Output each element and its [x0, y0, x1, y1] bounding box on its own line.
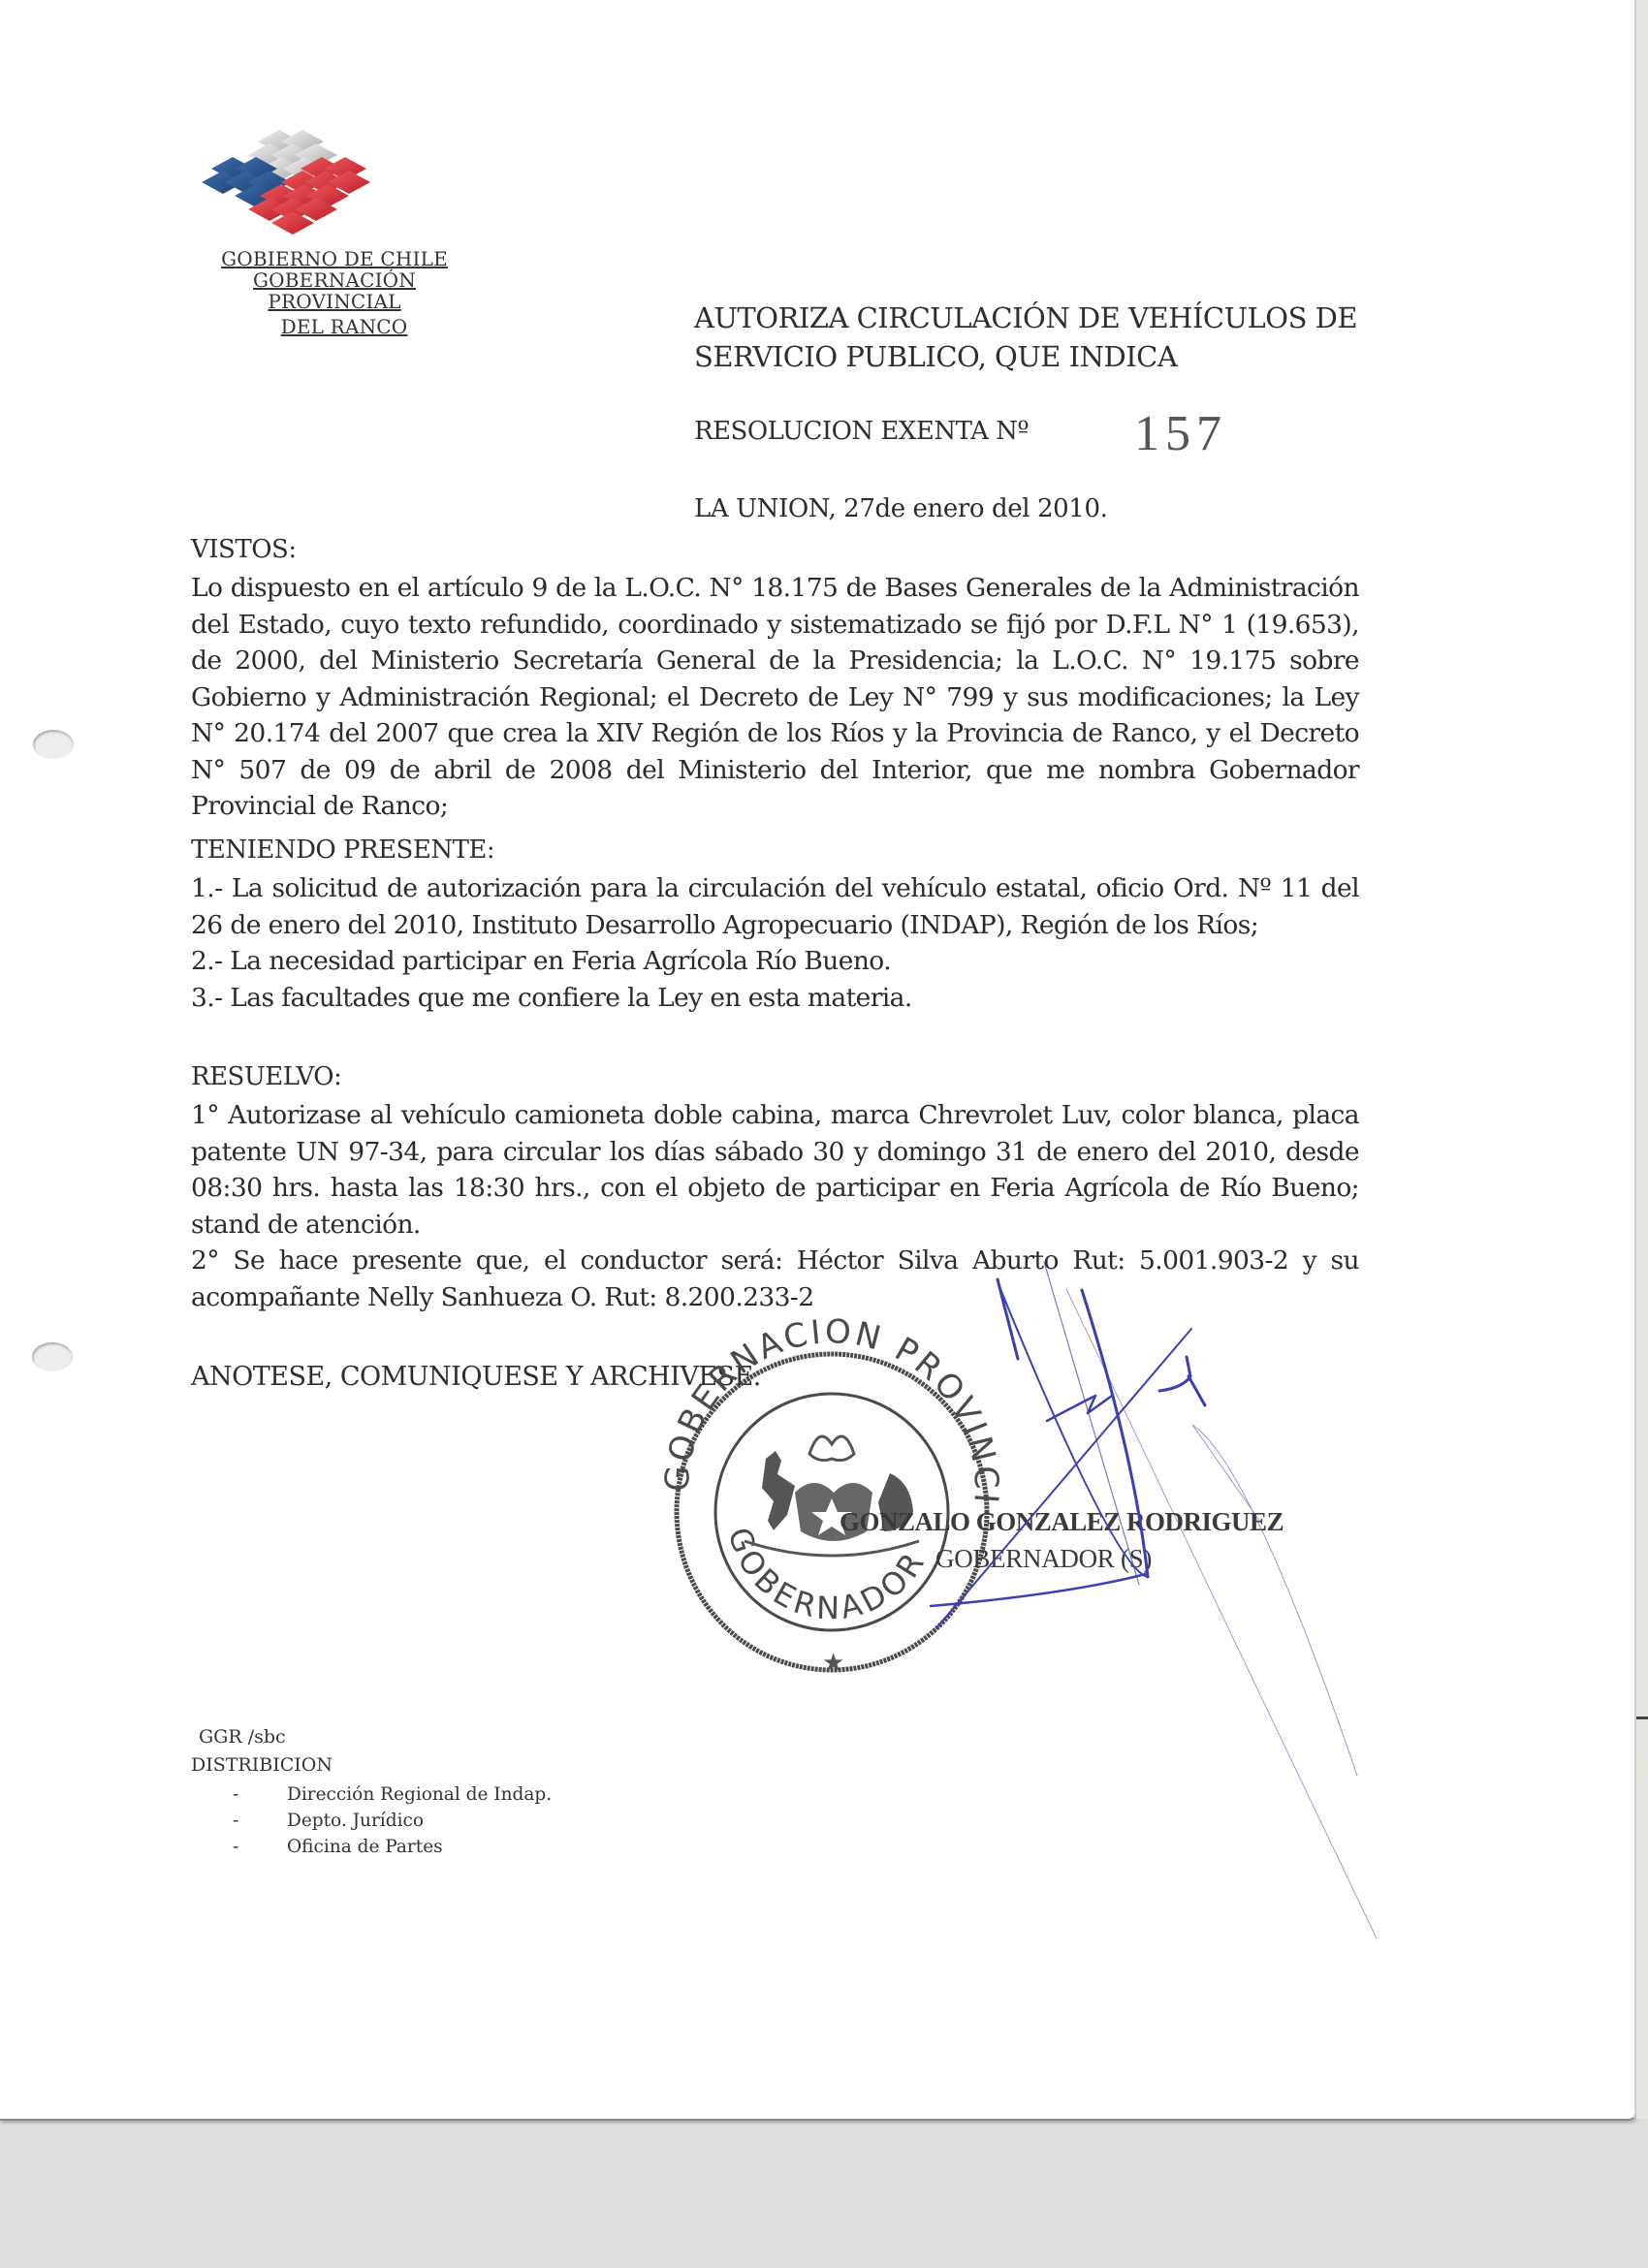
chile-government-logo-icon — [192, 128, 372, 244]
list-item: 2.- La necesidad participar en Feria Agr… — [191, 943, 1359, 980]
list-item: 2° Se hace presente que, el conductor se… — [191, 1243, 1359, 1315]
list-item: 1° Autorizase al vehículo camioneta dobl… — [191, 1097, 1359, 1243]
closing-formula: ANOTESE, COMUNIQUESE Y ARCHIVESE. — [191, 1362, 761, 1392]
teniendo-presente-title: TENIENDO PRESENTE: — [191, 835, 494, 865]
subject-line2: SERVICIO PUBLICO, QUE INDICA — [694, 337, 1357, 376]
list-item: 3.- Las facultades que me confiere la Le… — [191, 980, 1359, 1017]
resuelvo-list: 1° Autorizase al vehículo camioneta dobl… — [191, 1097, 1359, 1315]
signer-name: GONZALO GONZALEZ RODRIGUEZ — [840, 1507, 1284, 1537]
letterhead-org: GOBIERNO DE CHILE GOBERNACIÓN PROVINCIAL… — [184, 248, 485, 337]
letterhead-line2: GOBERNACIÓN PROVINCIAL — [184, 269, 485, 312]
distribution-item: -Oficina de Partes — [233, 1834, 552, 1860]
letterhead-line3: DEL RANCO — [184, 316, 485, 337]
document-subject: AUTORIZA CIRCULACIÓN DE VEHÍCULOS DE SER… — [694, 299, 1357, 376]
place-date: LA UNION, 27de enero del 2010. — [694, 494, 1107, 523]
punch-hole — [32, 1342, 73, 1371]
subject-line1: AUTORIZA CIRCULACIÓN DE VEHÍCULOS DE — [694, 299, 1357, 337]
resolution-label: RESOLUCION EXENTA Nº — [694, 417, 1029, 446]
reference-initials: GGR /sbc — [199, 1726, 286, 1748]
distribution-item: -Dirección Regional de Indap. — [233, 1781, 552, 1808]
distribution-item: -Depto. Jurídico — [233, 1808, 552, 1834]
vistos-text: Lo dispuesto en el artículo 9 de la L.O.… — [191, 570, 1359, 825]
punch-hole — [33, 730, 74, 759]
signer-role: GOBERNADOR (S) — [935, 1544, 1152, 1574]
scanner-edge — [1636, 0, 1648, 2119]
resuelvo-title: RESUELVO: — [191, 1062, 341, 1091]
scanner-edge-mark — [1636, 1766, 1648, 1770]
letterhead-line1: GOBIERNO DE CHILE — [184, 248, 485, 269]
scanner-edge-mark — [1636, 1717, 1648, 1719]
teniendo-presente-list: 1.- La solicitud de autorización para la… — [191, 870, 1359, 1016]
resolution-number: 157 — [1134, 405, 1227, 462]
vistos-title: VISTOS: — [191, 535, 297, 564]
distribution-title: DISTRIBICION — [191, 1754, 333, 1776]
distribution-list: -Dirección Regional de Indap. -Depto. Ju… — [233, 1781, 552, 1860]
list-item: 1.- La solicitud de autorización para la… — [191, 870, 1359, 943]
